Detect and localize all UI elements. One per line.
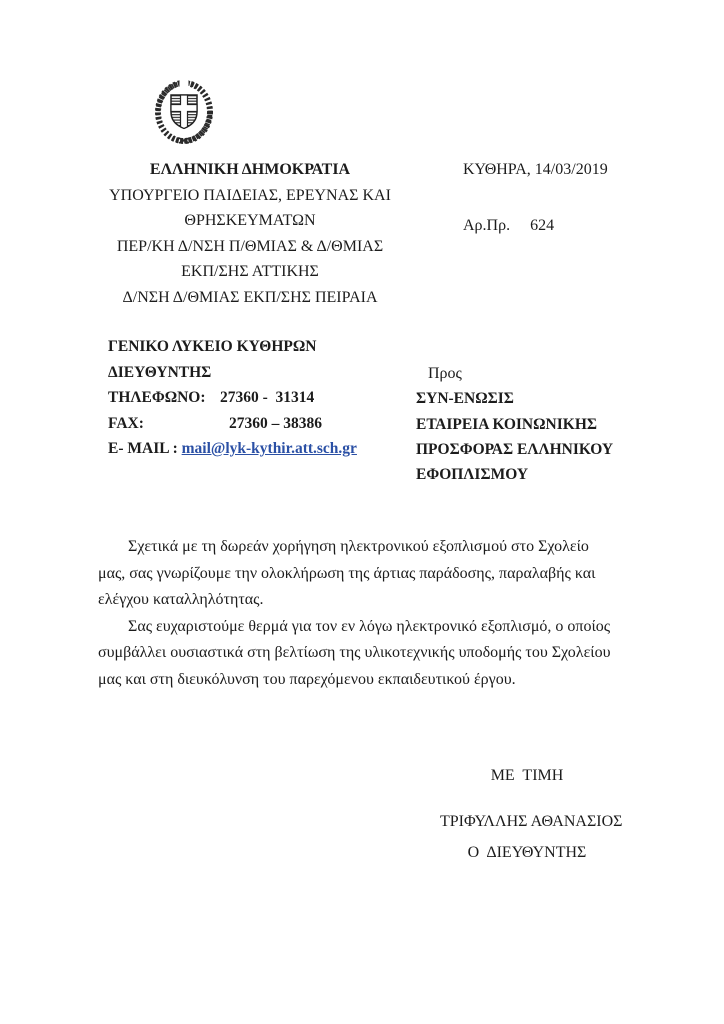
signature-name: ΤΡΙΦΥΛΛΗΣ ΑΘΑΝΑΣΙΟΣ xyxy=(440,813,622,831)
protocol-number: 624 xyxy=(530,217,554,234)
sender-phone-row: ΤΗΛΕΦΩΝΟ:27360 - 31314 xyxy=(108,385,357,411)
protocol-row: Αρ.Πρ.624 xyxy=(463,213,608,239)
body-paragraph: Σχετικά με τη δωρεάν χορήγηση ηλεκτρονικ… xyxy=(98,534,616,614)
email-label: E- MAIL : xyxy=(108,440,178,457)
email-link[interactable]: mail@lyk-kythir.att.sch.gr xyxy=(182,440,357,457)
fax-value: 27360 – 38386 xyxy=(220,415,322,432)
recipient-to-label: Προς xyxy=(416,361,613,386)
recipient-block: Προς ΣΥΝ-ΕΝΩΣΙΣ ΕΤΑΙΡΕΙΑ ΚΟΙΝΩΝΙΚΗΣ ΠΡΟΣ… xyxy=(416,361,613,487)
body-paragraph: Σας ευχαριστούμε θερμά για τον εν λόγω η… xyxy=(98,614,616,694)
sender-fax-row: FAX:27360 – 38386 xyxy=(108,411,357,437)
phone-value: 27360 - 31314 xyxy=(220,389,314,406)
sender-email-row: E- MAIL : mail@lyk-kythir.att.sch.gr xyxy=(108,436,357,462)
fax-label: FAX: xyxy=(108,411,220,437)
letterhead-meta-block: ΚΥΘΗΡΑ, 14/03/2019 Αρ.Πρ.624 xyxy=(463,157,608,238)
letter-body: Σχετικά με τη δωρεάν χορήγηση ηλεκτρονικ… xyxy=(98,534,616,694)
sender-school-name: ΓΕΝΙΚΟ ΛΥΚΕΙΟ ΚΥΘΗΡΩΝ xyxy=(108,334,357,360)
greek-state-emblem-icon xyxy=(152,79,216,145)
letter-page: ΕΛΛΗΝΙΚΗ ΔΗΜΟΚΡΑΤΙΑ ΥΠΟΥΡΓΕΙΟ ΠΑΙΔΕΙΑΣ, … xyxy=(0,0,724,1024)
closing-salutation: ΜΕ ΤΙΜΗ xyxy=(437,763,617,789)
letterhead-directorate-line: ΕΚΠ/ΣΗΣ ΑΤΤΙΚΗΣ xyxy=(95,259,405,285)
protocol-label: Αρ.Πρ. xyxy=(463,217,510,234)
phone-label: ΤΗΛΕΦΩΝΟ: xyxy=(108,385,220,411)
letterhead-republic: ΕΛΛΗΝΙΚΗ ΔΗΜΟΚΡΑΤΙΑ xyxy=(95,157,405,183)
recipient-line: ΕΦΟΠΛΙΣΜΟΥ xyxy=(416,462,613,487)
letterhead-ministry-block: ΕΛΛΗΝΙΚΗ ΔΗΜΟΚΡΑΤΙΑ ΥΠΟΥΡΓΕΙΟ ΠΑΙΔΕΙΑΣ, … xyxy=(95,157,405,310)
recipient-line: ΠΡΟΣΦΟΡΑΣ ΕΛΛΗΝΙΚΟΥ xyxy=(416,437,613,462)
place-date: ΚΥΘΗΡΑ, 14/03/2019 xyxy=(463,157,608,183)
letterhead-ministry-line: ΥΠΟΥΡΓΕΙΟ ΠΑΙΔΕΙΑΣ, ΕΡΕΥΝΑΣ ΚΑΙ xyxy=(95,183,405,209)
letterhead-directorate-line: Δ/ΝΣΗ Δ/ΘΜΙΑΣ ΕΚΠ/ΣΗΣ ΠΕΙΡΑΙΑ xyxy=(95,285,405,311)
recipient-line: ΕΤΑΙΡΕΙΑ ΚΟΙΝΩΝΙΚΗΣ xyxy=(416,412,613,437)
letterhead-directorate-line: ΠΕΡ/ΚΗ Δ/ΝΣΗ Π/ΘΜΙΑΣ & Δ/ΘΜΙΑΣ xyxy=(95,234,405,260)
letterhead-ministry-line: ΘΡΗΣΚΕΥΜΑΤΩΝ xyxy=(95,208,405,234)
sender-role: ΔΙΕΥΘΥΝΤΗΣ xyxy=(108,360,357,386)
recipient-line: ΣΥΝ-ΕΝΩΣΙΣ xyxy=(416,386,613,411)
spacer xyxy=(463,183,608,209)
sender-block: ΓΕΝΙΚΟ ΛΥΚΕΙΟ ΚΥΘΗΡΩΝ ΔΙΕΥΘΥΝΤΗΣ ΤΗΛΕΦΩΝ… xyxy=(108,334,357,462)
closing-role: Ο ΔΙΕΥΘΥΝΤΗΣ xyxy=(437,840,617,866)
